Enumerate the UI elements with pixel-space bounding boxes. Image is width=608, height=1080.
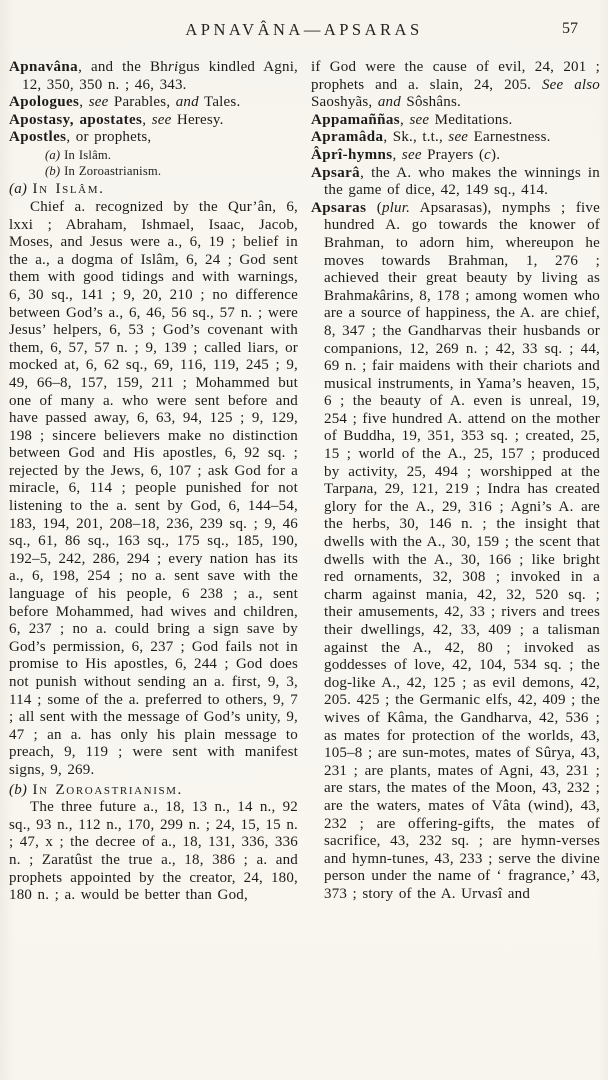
page-number: 57 [562, 20, 578, 38]
section-heading-islam: (a) In Islâm. [9, 181, 298, 199]
entry-apramada: Apramâda, Sk., t.t., see Earnestness. [311, 129, 600, 147]
running-head: APNAVÂNA—APSARAS 57 [0, 0, 608, 46]
entry-apsara: Apsarâ, the A. who makes the winnings in… [311, 165, 600, 200]
left-column: Apnavâna, and the Bhrigus kindled Agni, … [9, 59, 298, 905]
text-columns: Apnavâna, and the Bhrigus kindled Agni, … [0, 46, 608, 905]
entry-appamannas: Appamaññas, see Meditations. [311, 112, 600, 130]
entry-apostles: Apostles, or prophets, [9, 129, 298, 147]
entry-apnavana: Apnavâna, and the Bhrigus kindled Agni, … [9, 59, 298, 94]
zoroastrianism-continuation: if God were the cause of evil, 24, 201 ;… [311, 59, 600, 112]
entry-apologues: Apologues, see Parables, and Tales. [9, 94, 298, 112]
zoroastrianism-paragraph: The three future a., 18, 13 n., 14 n., 9… [9, 799, 298, 905]
book-page: APNAVÂNA—APSARAS 57 Apnavâna, and the Bh… [0, 0, 608, 1080]
section-heading-zoroastrianism: (b) In Zoroastrianism. [9, 782, 298, 800]
entry-apri-hymns: Âprî-hymns, see Prayers (c). [311, 147, 600, 165]
entry-apostasy: Apostasy, apostates, see Heresy. [9, 112, 298, 130]
apostles-sublist-b: (b) In Zoroastrianism. [9, 164, 298, 179]
right-column: if God were the cause of evil, 24, 201 ;… [311, 59, 600, 905]
islam-paragraph: Chief a. recognized by the Qur’ân, 6, lx… [9, 199, 298, 780]
apostles-sublist-a: (a) In Islâm. [9, 148, 298, 163]
entry-apsaras: Apsaras (plur. Apsarasas), nymphs ; five… [311, 200, 600, 904]
running-head-title: APNAVÂNA—APSARAS [0, 20, 608, 40]
